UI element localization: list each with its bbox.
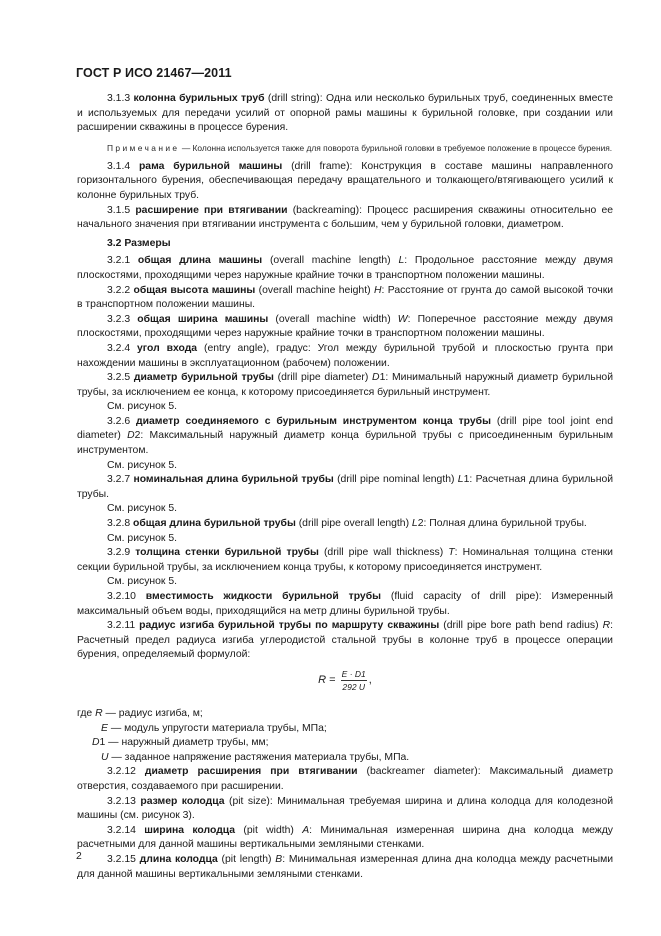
entry-definition: Максимальный наружный диаметр конца бури… — [77, 430, 613, 456]
entry-number: 3.2.11 — [107, 620, 139, 631]
definition-entry: 3.2.7 номинальная длина бурильной трубы … — [77, 473, 613, 502]
figure-reference: См. рисунок 5. — [77, 575, 613, 590]
entry-english: (drill pipe overall length) — [299, 518, 409, 529]
legend-symbol: U — [101, 752, 109, 763]
entry-term: диаметр бурильной трубы — [134, 372, 274, 383]
formula-legend: где R — радиус изгиба, м;E — модуль упру… — [77, 707, 613, 765]
document-header: ГОСТ Р ИСО 21467—2011 — [76, 66, 232, 80]
definition-entry: 3.2.3 общая ширина машины (overall machi… — [77, 313, 613, 342]
page-number: 2 — [76, 851, 82, 862]
entry-english: (overall machine height) — [259, 285, 371, 296]
definition-entry: 3.2.12 диаметр расширения при втягивании… — [77, 765, 613, 794]
entry-term: расширение при втягивании — [135, 205, 287, 216]
entry-number: 3.2.15 — [107, 854, 140, 865]
entry-symbol: W — [398, 314, 408, 325]
legend-symbol: E — [101, 723, 108, 734]
entry-term: общая высота машины — [134, 285, 256, 296]
entry-term: ширина колодца — [144, 825, 235, 836]
entry-number: 3.2.9 — [107, 547, 135, 558]
entry-symbol-index: 2 — [135, 430, 141, 441]
entry-english: (drill frame): — [291, 161, 352, 172]
definitions-3-1-a: 3.1.3 колонна бурильных труб (drill stri… — [77, 92, 613, 136]
legend-text: — заданное напряжение растяжения материа… — [109, 752, 410, 763]
legend-row: D1 — наружный диаметр трубы, мм; — [77, 736, 613, 751]
note: Примечание — Колонна используется также … — [77, 142, 613, 154]
entry-number: 3.2.6 — [107, 416, 136, 427]
definition-entry: 3.2.9 толщина стенки бурильной трубы (dr… — [77, 546, 613, 575]
formula-tail: , — [369, 673, 372, 688]
formula-fraction: E · D1 292 U — [341, 669, 367, 692]
entry-number: 3.2.7 — [107, 474, 133, 485]
entry-term: длина колодца — [140, 854, 218, 865]
legend-row: E — модуль упругости материала трубы, МП… — [77, 722, 613, 737]
entry-term: рама бурильной машины — [139, 161, 282, 172]
entry-term: толщина стенки бурильной трубы — [135, 547, 319, 558]
entry-english: (overall machine length) — [270, 255, 391, 266]
figure-reference: См. рисунок 5. — [77, 532, 613, 547]
entry-english: (drill pipe diameter) — [278, 372, 369, 383]
formula: R = E · D1 292 U , — [77, 669, 613, 697]
definition-entry: 3.2.15 длина колодца (pit length) B: Мин… — [77, 853, 613, 882]
legend-text: — модуль упругости материала трубы, МПа; — [108, 723, 327, 734]
entry-symbol-index: 2 — [418, 518, 424, 529]
entry-number: 3.2.2 — [107, 285, 134, 296]
formula-numerator: E · D1 — [341, 669, 367, 681]
entry-term: вместимость жидкости бурильной трубы — [146, 591, 381, 602]
entry-english: (pit width) — [243, 825, 293, 836]
entry-english: (drill pipe nominal length) — [337, 474, 454, 485]
definition-entry: 3.2.4 угол входа (entry angle), градус: … — [77, 342, 613, 371]
entry-term: общая длина машины — [138, 255, 262, 266]
entry-symbol: B — [275, 854, 282, 865]
entry-english: (backreamer diameter): — [367, 766, 481, 777]
legend-text: — радиус изгиба, м; — [103, 708, 203, 719]
entry-english: (pit size): — [229, 796, 273, 807]
entry-number: 3.2.5 — [107, 372, 134, 383]
definition-entry: 3.2.10 вместимость жидкости бурильной тр… — [77, 590, 613, 619]
definition-entry: 3.2.14 ширина колодца (pit width) A: Мин… — [77, 824, 613, 853]
entry-number: 3.1.5 — [107, 205, 135, 216]
entry-symbol: H — [374, 285, 382, 296]
entry-english: (drill pipe bore path bend radius) — [443, 620, 598, 631]
figure-reference: См. рисунок 5. — [77, 400, 613, 415]
definition-entry: 3.2.5 диаметр бурильной трубы (drill pip… — [77, 371, 613, 400]
entry-number: 3.1.4 — [107, 161, 139, 172]
entry-term: колонна бурильных труб — [133, 93, 264, 104]
entry-symbol: L — [398, 255, 404, 266]
definition-entry: 3.1.3 колонна бурильных труб (drill stri… — [77, 92, 613, 136]
legend-symbol: D — [92, 737, 100, 748]
definition-entry: 3.2.1 общая длина машины (overall machin… — [77, 254, 613, 283]
definitions-3-1-b: 3.1.4 рама бурильной машины (drill frame… — [77, 160, 613, 233]
entry-term: размер колодца — [140, 796, 224, 807]
definition-entry: 3.2.6 диаметр соединяемого с бурильным и… — [77, 415, 613, 459]
entry-term: радиус изгиба бурильной трубы по маршрут… — [139, 620, 439, 631]
entry-term: диаметр расширения при втягивании — [145, 766, 358, 777]
entry-symbol-index: 1 — [464, 474, 470, 485]
formula-lhs: R — [318, 673, 326, 688]
definition-entry: 3.1.4 рама бурильной машины (drill frame… — [77, 160, 613, 204]
definition-entry: 3.2.2 общая высота машины (overall machi… — [77, 284, 613, 313]
entry-symbol: A — [302, 825, 309, 836]
definition-entry: 3.1.5 расширение при втягивании (backrea… — [77, 204, 613, 233]
formula-denominator: 292 U — [342, 681, 365, 692]
note-label: Примечание — [107, 143, 179, 153]
entry-english: (drill pipe wall thickness) — [324, 547, 443, 558]
entry-symbol-index: 1 — [380, 372, 386, 383]
entry-number: 3.2.12 — [107, 766, 145, 777]
definition-entry: 3.2.11 радиус изгиба бурильной трубы по … — [77, 619, 613, 663]
entry-symbol: D — [372, 372, 380, 383]
document-body: 3.1.3 колонна бурильных труб (drill stri… — [77, 92, 613, 882]
entry-number: 3.2.4 — [107, 343, 137, 354]
definition-entry: 3.2.13 размер колодца (pit size): Минима… — [77, 795, 613, 824]
entry-number: 3.2.3 — [107, 314, 137, 325]
entry-number: 3.2.10 — [107, 591, 146, 602]
figure-reference: См. рисунок 5. — [77, 502, 613, 517]
figure-reference: См. рисунок 5. — [77, 459, 613, 474]
formula-equals: = — [329, 673, 335, 688]
entry-english: (drill string): — [268, 93, 323, 104]
definitions-3-2-b: 3.2.12 диаметр расширения при втягивании… — [77, 765, 613, 882]
entry-definition: Полная длина бурильной трубы. — [429, 518, 587, 529]
entry-english: (fluid capacity of drill pipe): — [391, 591, 542, 602]
entry-term: общая длина бурильной трубы — [133, 518, 296, 529]
legend-symbol: R — [95, 708, 103, 719]
legend-row: U — заданное напряжение растяжения матер… — [77, 751, 613, 766]
entry-term: диаметр соединяемого с бурильным инструм… — [136, 416, 491, 427]
legend-text: — наружный диаметр трубы, мм; — [105, 737, 268, 748]
entry-symbol: D — [127, 430, 135, 441]
definition-entry: 3.2.8 общая длина бурильной трубы (drill… — [77, 517, 613, 532]
definitions-3-2-a: 3.2.1 общая длина машины (overall machin… — [77, 254, 613, 663]
entry-number: 3.2.14 — [107, 825, 144, 836]
entry-english: (pit length) — [222, 854, 272, 865]
entry-english: (overall machine width) — [275, 314, 390, 325]
entry-number: 3.2.13 — [107, 796, 140, 807]
entry-term: общая ширина машины — [137, 314, 268, 325]
section-heading: 3.2 Размеры — [107, 237, 613, 252]
entry-definition: Расчетный предел радиуса изгиба углероди… — [77, 635, 613, 661]
entry-symbol: T — [448, 547, 454, 558]
entry-english: (backreaming): — [293, 205, 362, 216]
entry-term: угол входа — [137, 343, 197, 354]
entry-english: (entry angle), градус: — [204, 343, 311, 354]
entry-number: 3.2.8 — [107, 518, 133, 529]
entry-number: 3.1.3 — [107, 93, 133, 104]
note-text: — Колонна используется также для поворот… — [182, 143, 612, 153]
entry-term: номинальная длина бурильной трубы — [133, 474, 333, 485]
entry-symbol: R — [603, 620, 611, 631]
entry-number: 3.2.1 — [107, 255, 138, 266]
legend-row: где R — радиус изгиба, м; — [77, 707, 613, 722]
